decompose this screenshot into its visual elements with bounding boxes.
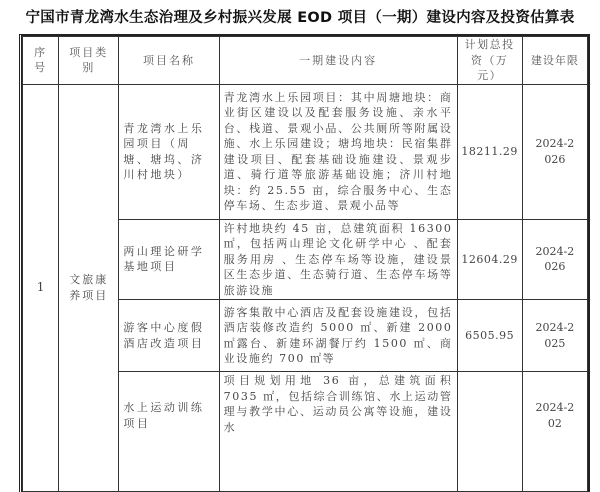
document-title: 宁国市青龙湾水生态治理及乡村振兴发展 EOD 项目（一期）建设内容及投资估算表 — [0, 6, 600, 27]
header-name: 项目名称 — [119, 37, 219, 85]
group-seq: 1 — [23, 84, 59, 400]
group-category: 文旅康养项目 — [59, 84, 119, 400]
project-investment: 12604.29 — [457, 219, 522, 300]
project-name: 水上运动训练项目 — [119, 372, 219, 401]
project-period: 2024-2026 — [522, 84, 587, 219]
project-investment — [457, 372, 522, 401]
header-category: 项目类别 — [59, 37, 119, 85]
project-content: 青龙湾水上乐园项目：其中周塘地块：商业街区建设以及配套服务设施、亲水平台、栈道、… — [219, 84, 457, 219]
investment-table: 序号 项目类别 项目名称 一期建设内容 计划总投资（万元） 建设年限 1 文旅康… — [19, 34, 590, 400]
project-period: 2024-2026 — [522, 219, 587, 300]
header-content: 一期建设内容 — [219, 37, 457, 85]
header-period: 建设年限 — [522, 37, 587, 85]
project-content: 游客集散中心酒店及配套设施建设，包括酒店装修改造约 5000 ㎡、新建 2000… — [219, 300, 457, 372]
project-content: 项目规划用地 36 亩，总建筑面积 7035 ㎡，包括综合训练馆、水上运动管理与… — [219, 372, 457, 401]
header-seq: 序号 — [23, 37, 59, 85]
project-period: 2024-2025 — [522, 300, 587, 372]
header-investment: 计划总投资（万元） — [457, 37, 522, 85]
project-investment: 18211.29 — [457, 84, 522, 219]
project-content: 许村地块约 45 亩，总建筑面积 16300 ㎡，包括两山理论文化研学中心 、配… — [219, 219, 457, 300]
project-name: 游客中心度假酒店改造项目 — [119, 300, 219, 372]
table-row: 1 文旅康养项目 青龙湾水上乐园项目（周塘、塘坞、济川村地块） 青龙湾水上乐园项… — [23, 84, 588, 219]
table-header-row: 序号 项目类别 项目名称 一期建设内容 计划总投资（万元） 建设年限 — [23, 37, 588, 85]
project-name: 两山理论研学基地项目 — [119, 219, 219, 300]
project-name: 青龙湾水上乐园项目（周塘、塘坞、济川村地块） — [119, 84, 219, 219]
project-investment: 6505.95 — [457, 300, 522, 372]
project-period: 2024-202 — [522, 372, 587, 401]
